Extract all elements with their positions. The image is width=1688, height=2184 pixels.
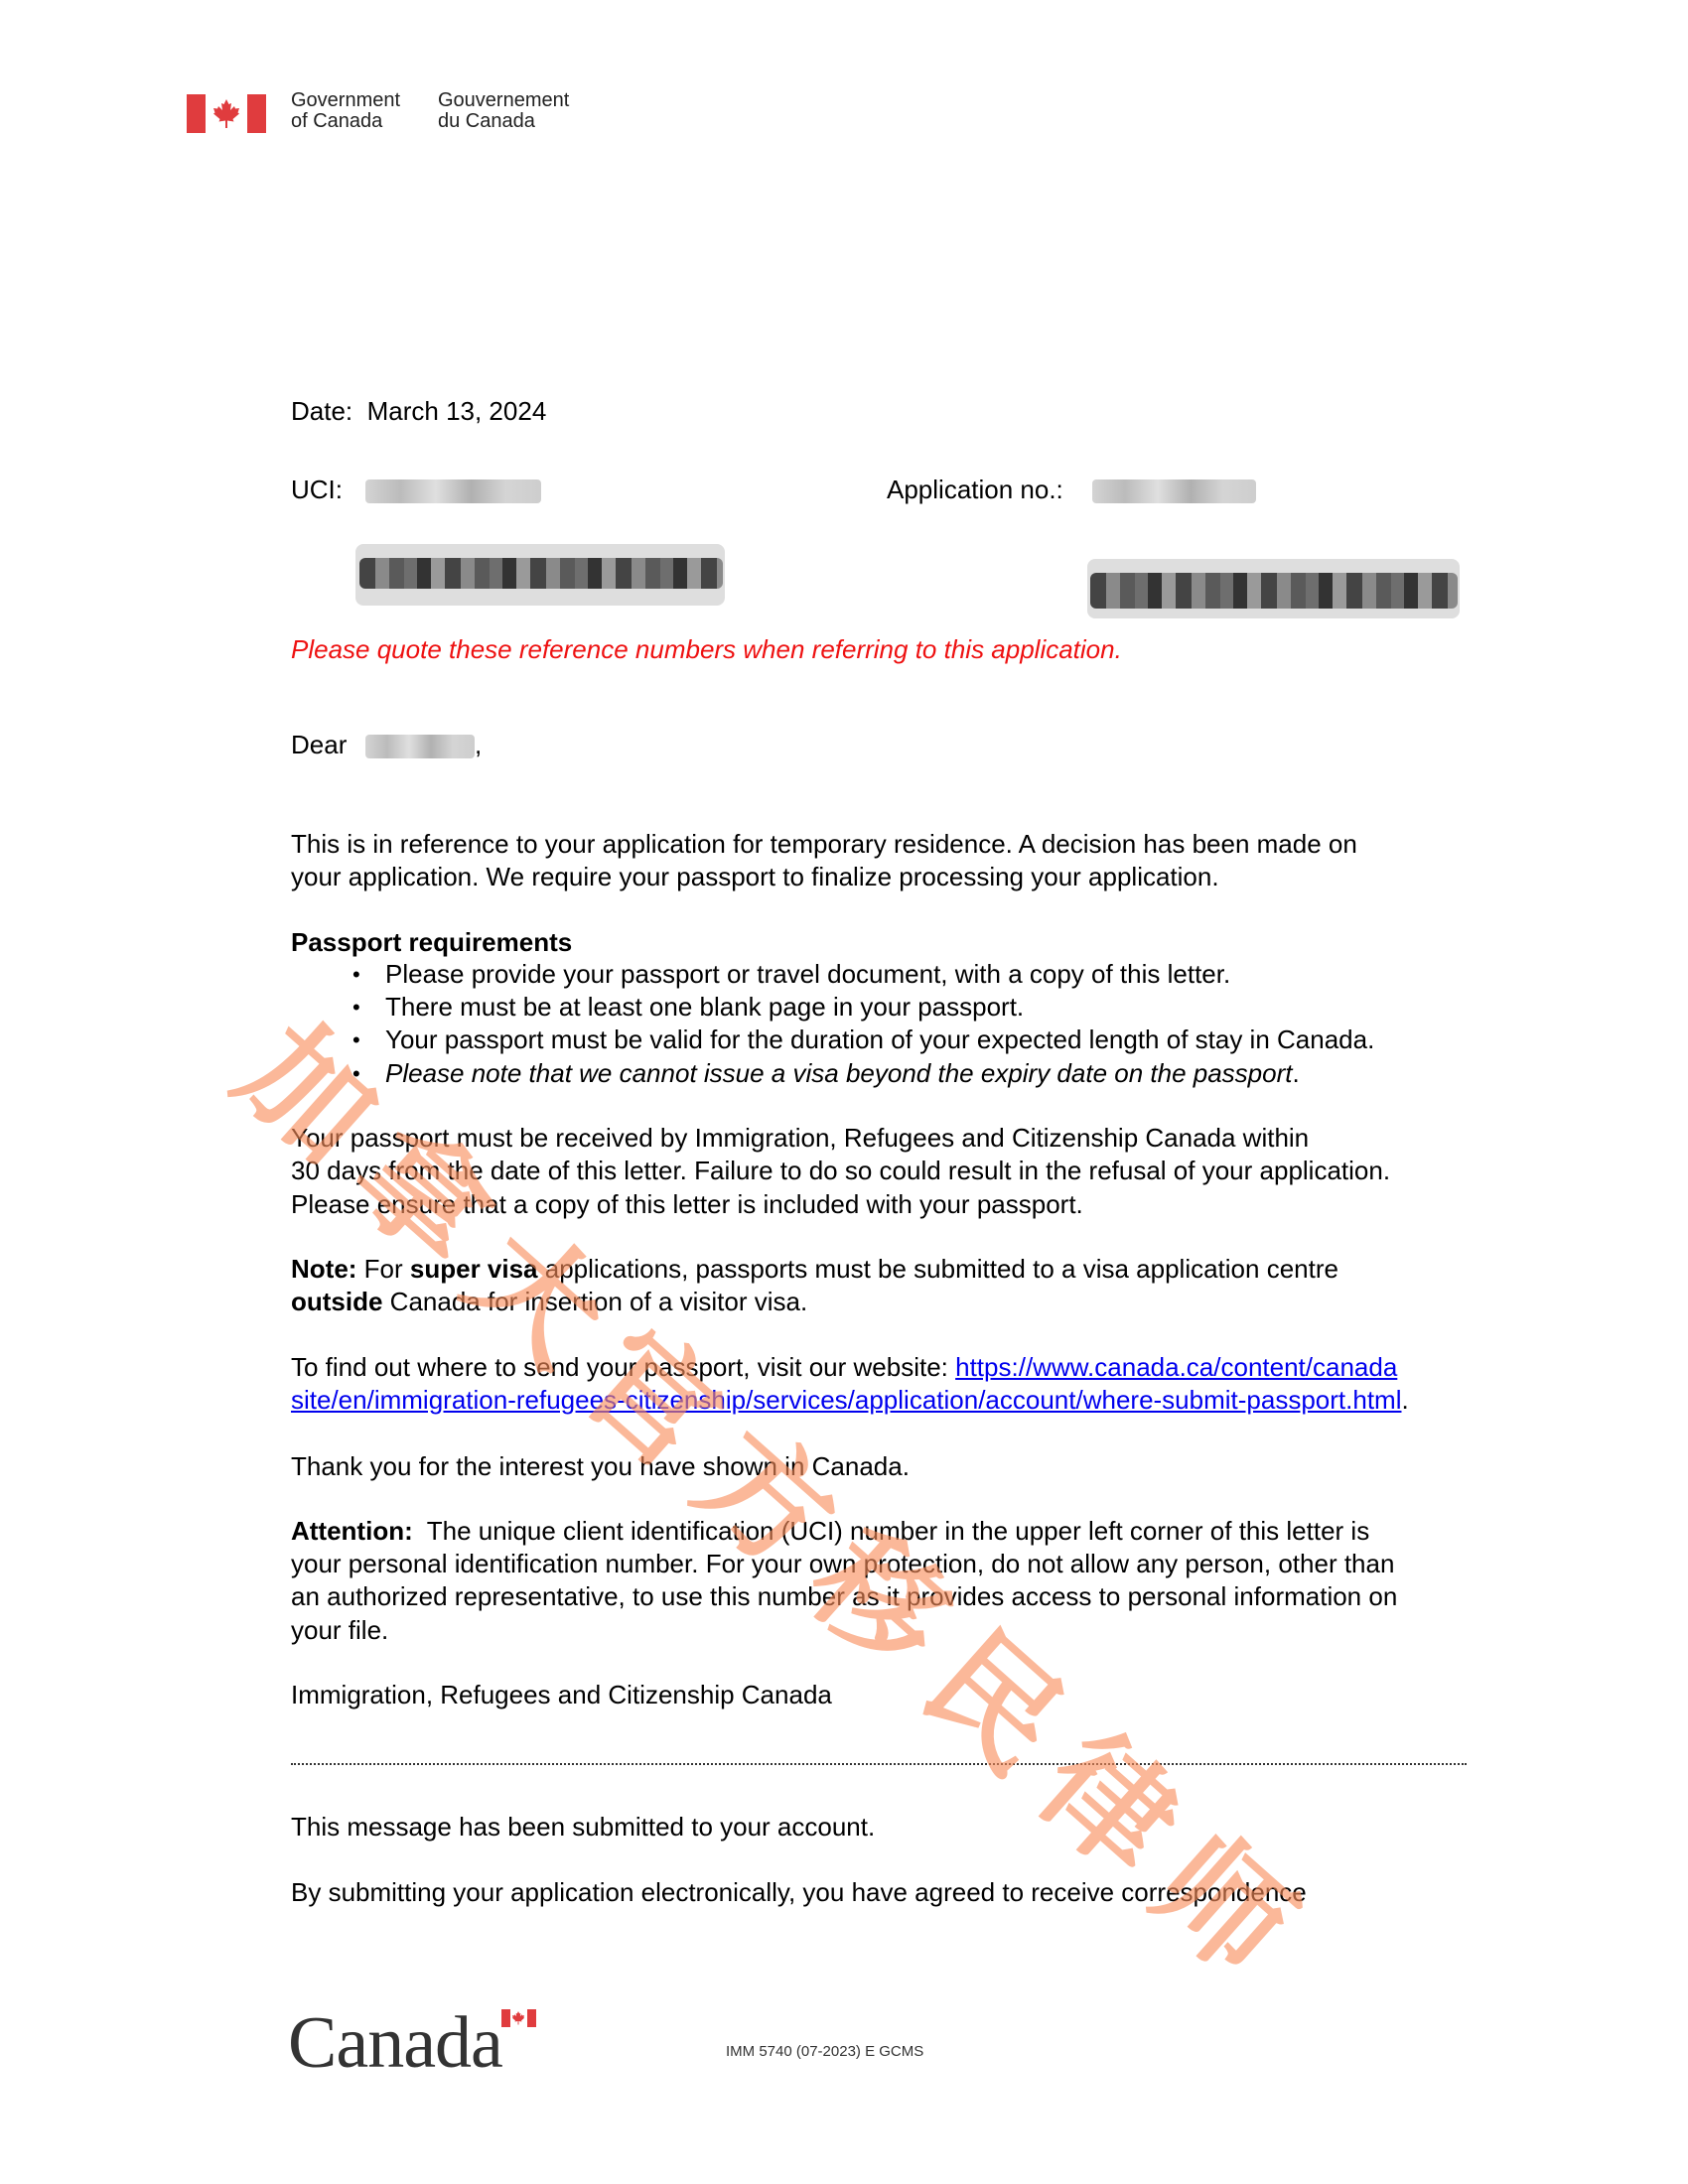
attention-line-4: your file.: [291, 1615, 388, 1645]
application-label: Application no.:: [887, 475, 1063, 504]
requirements-heading: Passport requirements: [291, 927, 572, 957]
bullet-icon: •: [352, 962, 360, 988]
bullet-icon: •: [352, 1027, 360, 1053]
requirement-item: There must be at least one blank page in…: [385, 992, 1024, 1022]
canada-wordmark: Canada: [288, 2003, 502, 2083]
account-message: This message has been submitted to your …: [291, 1812, 875, 1842]
gov-name-fr: Gouvernement du Canada: [438, 90, 569, 132]
bullet-icon: •: [352, 1061, 360, 1087]
passport-submission-link-cont[interactable]: site/en/immigration-refugees-citizenship…: [291, 1385, 1401, 1415]
thanks-line: Thank you for the interest you have show…: [291, 1451, 910, 1481]
greeting: Dear: [291, 730, 347, 759]
attention-line-2: your personal identification number. For…: [291, 1549, 1394, 1578]
signature: Immigration, Refugees and Citizenship Ca…: [291, 1680, 832, 1709]
uci-label: UCI:: [291, 475, 343, 504]
note-line-1: Note: For super visa applications, passp…: [291, 1254, 1338, 1284]
canada-flag-icon: [187, 94, 266, 133]
website-line-2: site/en/immigration-refugees-citizenship…: [291, 1385, 1409, 1415]
date-label: Date:: [291, 396, 352, 426]
greeting-comma: ,: [475, 730, 482, 759]
requirement-item: Please provide your passport or travel d…: [385, 959, 1230, 989]
uci-barcode-redacted: [359, 558, 723, 589]
deadline-line-3: Please ensure that a copy of this letter…: [291, 1189, 1083, 1219]
form-code: IMM 5740 (07-2023) E GCMS: [726, 2043, 923, 2060]
separator-dotted: [291, 1763, 1467, 1765]
canada-wordmark-flag-icon: [501, 2009, 536, 2027]
deadline-line-1: Your passport must be received by Immigr…: [291, 1123, 1309, 1153]
deadline-line-2: 30 days from the date of this letter. Fa…: [291, 1156, 1390, 1185]
date-line: Date: March 13, 2024: [291, 396, 546, 426]
greeting-word: Dear: [291, 730, 347, 759]
bullet-icon: •: [352, 995, 360, 1021]
requirement-item: Your passport must be valid for the dura…: [385, 1024, 1374, 1054]
uci-value-redacted: [365, 479, 541, 503]
website-line-1: To find out where to send your passport,…: [291, 1352, 1397, 1382]
intro-line-2: your application. We require your passpo…: [291, 862, 1219, 891]
attention-line-3: an authorized representative, to use thi…: [291, 1581, 1397, 1611]
application-value-redacted: [1092, 479, 1256, 503]
date-value: March 13, 2024: [367, 396, 547, 426]
attention-line-1: Attention: The unique client identificat…: [291, 1516, 1369, 1546]
passport-submission-link[interactable]: https://www.canada.ca/content/canada: [955, 1352, 1397, 1382]
reference-note: Please quote these reference numbers whe…: [291, 634, 1122, 664]
greeting-name-redacted: [365, 735, 475, 758]
gov-name-en: Government of Canada: [291, 90, 400, 132]
application-barcode-redacted: [1090, 573, 1458, 609]
intro-line-1: This is in reference to your application…: [291, 829, 1357, 859]
requirement-item: Please note that we cannot issue a visa …: [385, 1058, 1300, 1088]
note-line-2: outside Canada for insertion of a visito…: [291, 1287, 807, 1316]
electronic-notice: By submitting your application electroni…: [291, 1877, 1307, 1907]
